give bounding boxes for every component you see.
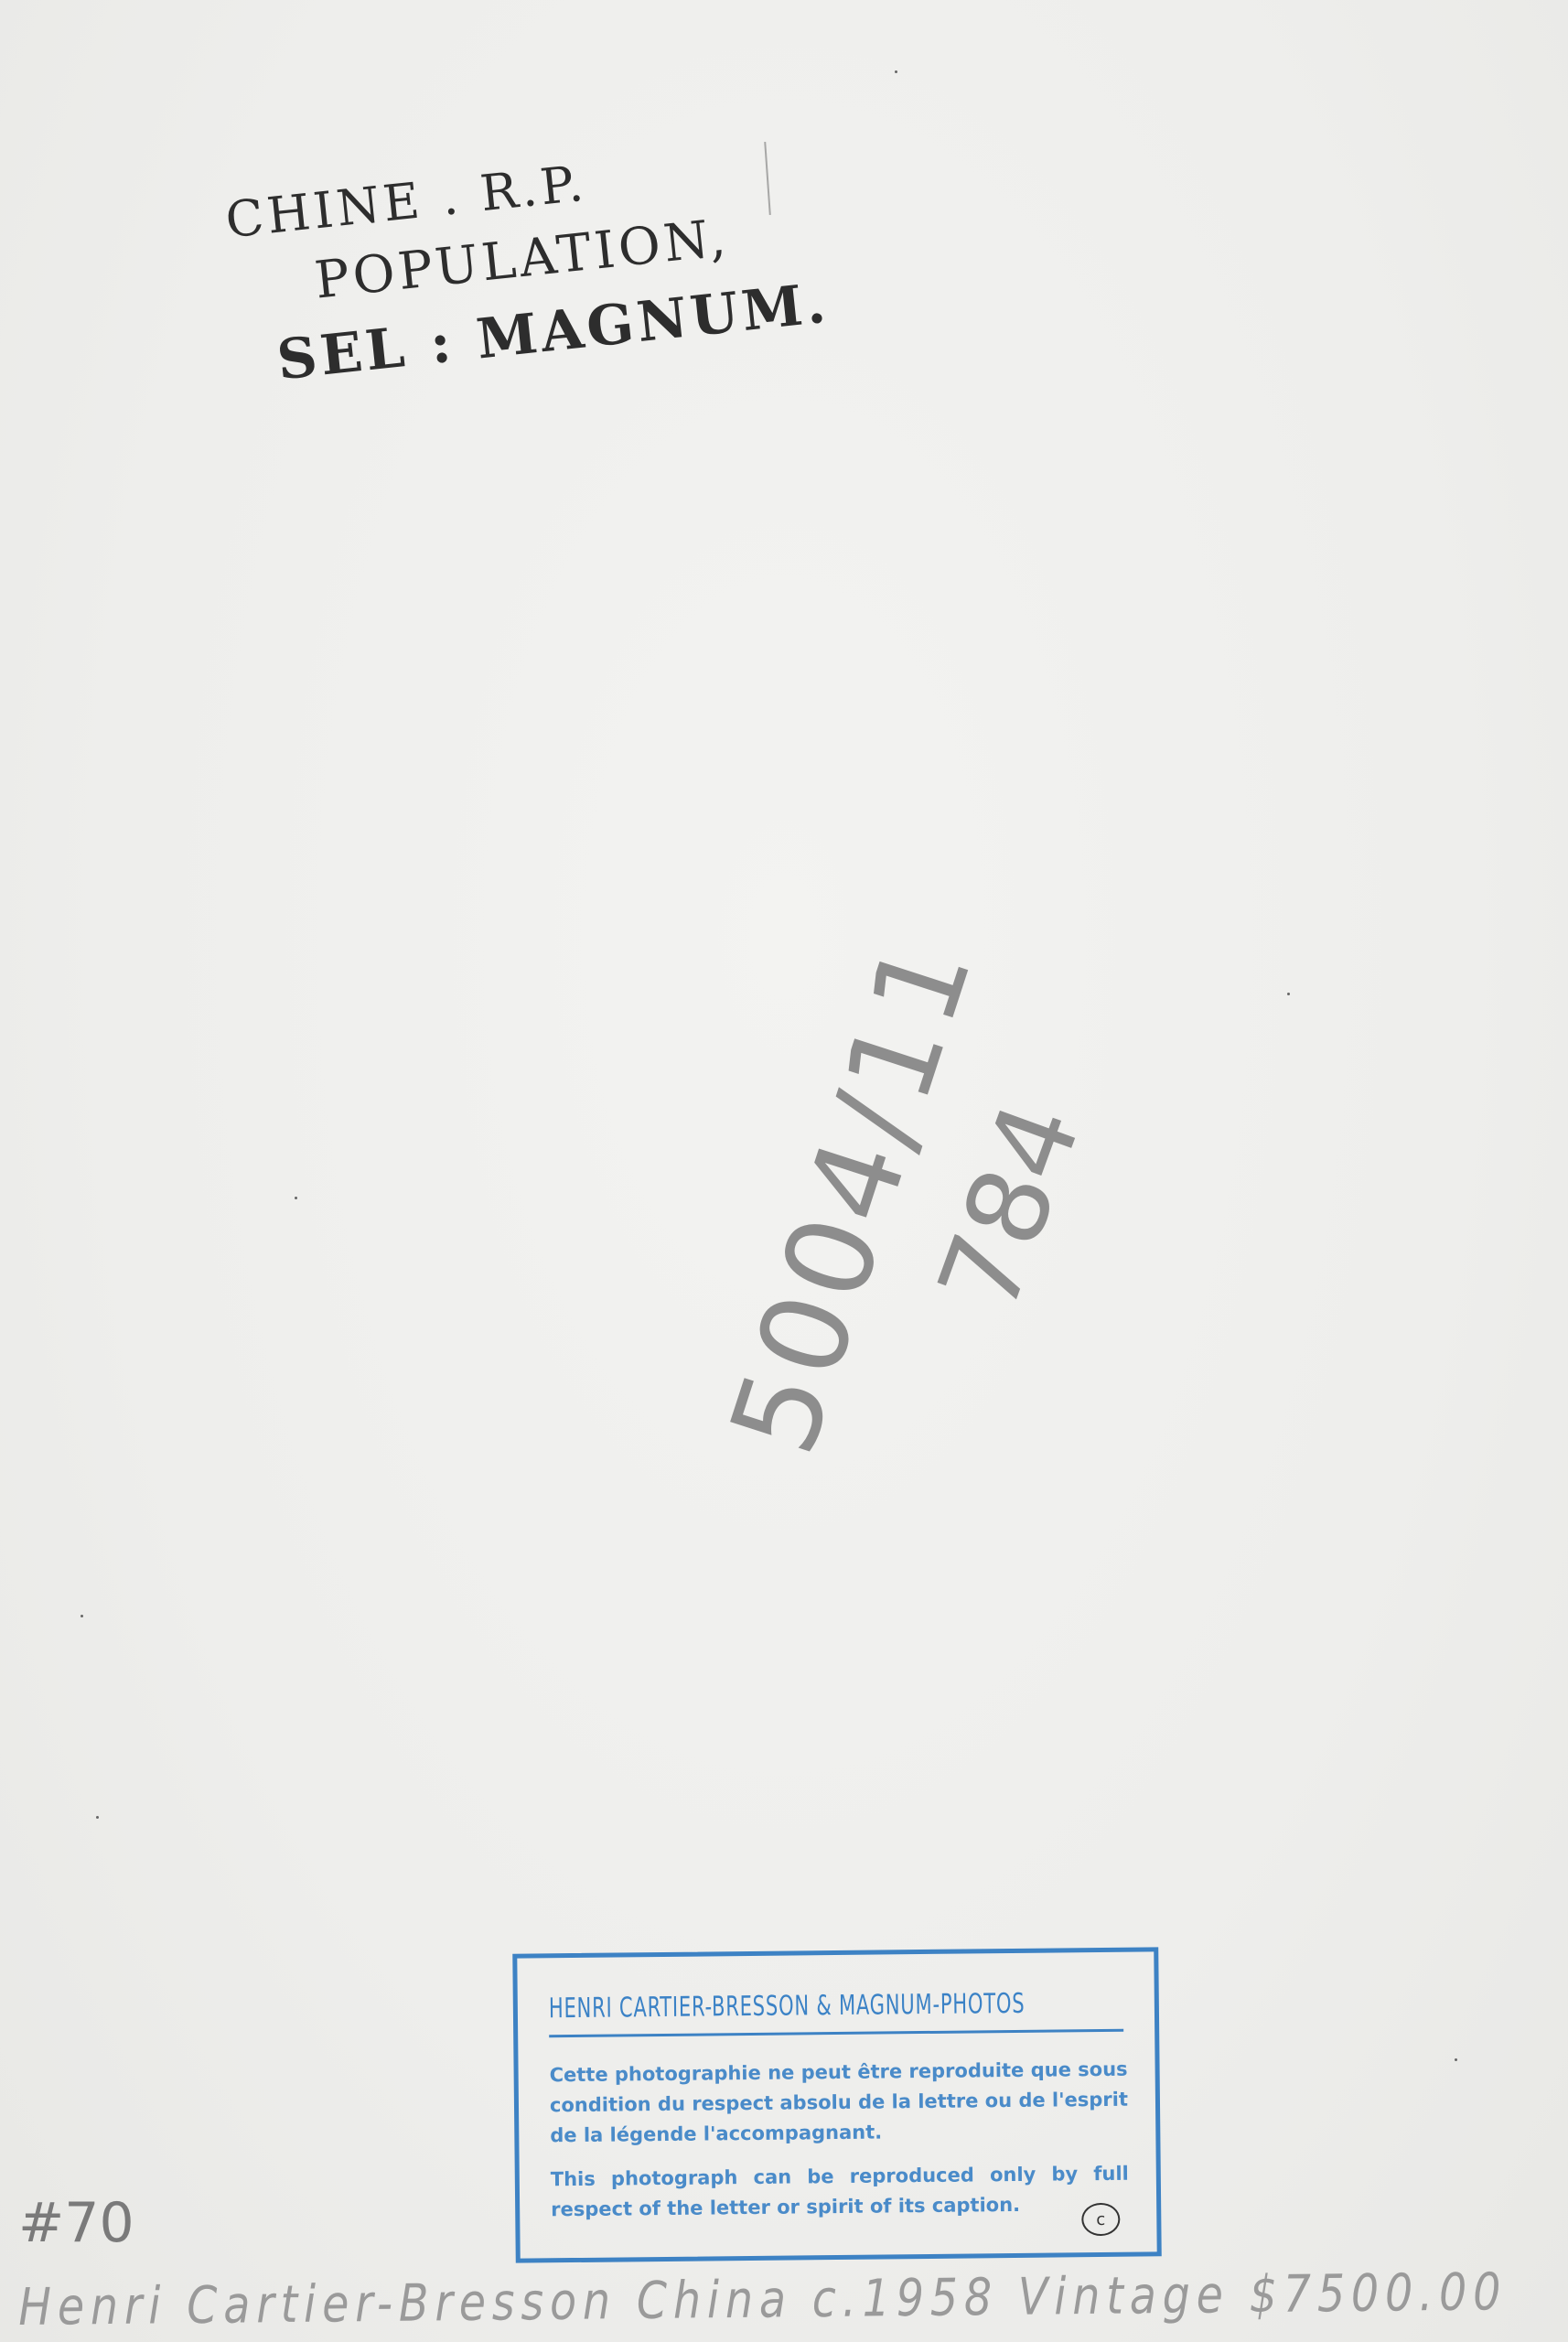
copyright-stamp-title: HENRI CARTIER-BRESSON & MAGNUM-PHOTOS (549, 1988, 1026, 2025)
paper-speck (1287, 993, 1290, 995)
copyright-notice-french: Cette photographie ne peut être reprodui… (549, 2055, 1128, 2152)
copyright-icon: c (1081, 2203, 1120, 2236)
copyright-stamp: HENRI CARTIER-BRESSON & MAGNUM-PHOTOS Ce… (512, 1947, 1162, 2262)
paper-speck (895, 70, 897, 73)
paper-speck (96, 1816, 99, 1819)
paper-speck (1455, 2058, 1457, 2061)
paper-speck (295, 1197, 297, 1199)
pencil-inventory-number: #70 (18, 2191, 134, 2255)
paper-speck (81, 1615, 83, 1617)
copyright-stamp-underline (549, 2029, 1123, 2038)
copyright-notice-english: This photograph can be reproduced only b… (551, 2159, 1130, 2226)
